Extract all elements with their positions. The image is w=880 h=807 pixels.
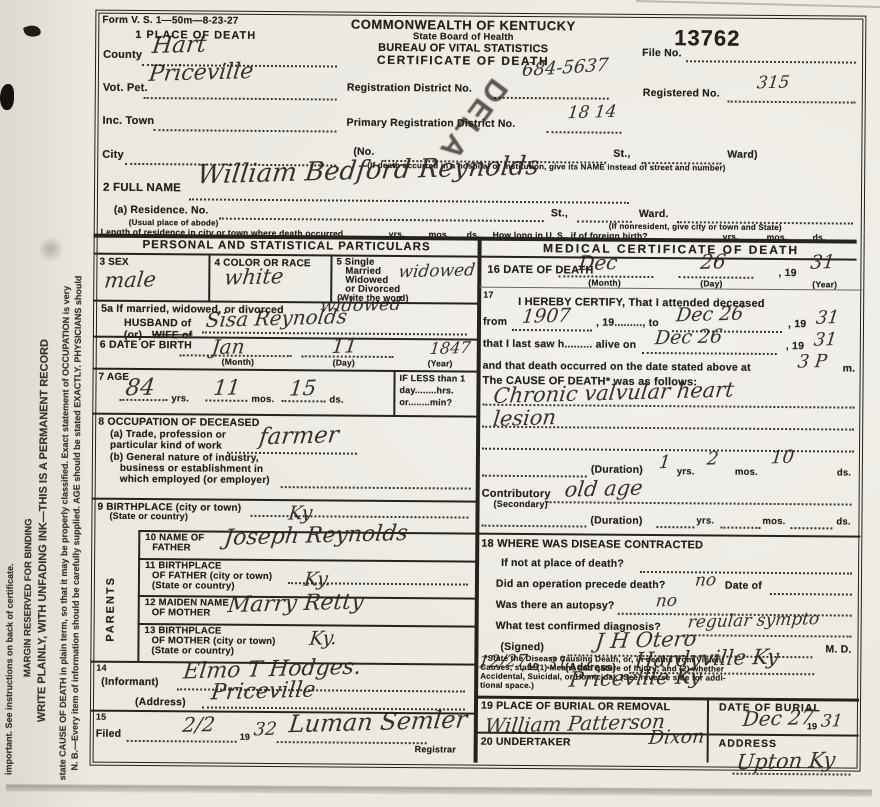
birthplace-value: Ky <box>287 504 313 524</box>
parents-label: PARENTS <box>105 554 117 642</box>
filed-label: Filed <box>96 729 122 741</box>
birthplace-caption: (State or country) <box>109 512 188 523</box>
registrar-signature: Luman Semler <box>288 707 469 736</box>
to-19-label: , 19 <box>788 319 806 331</box>
death-hour-m-label: m. <box>843 364 856 376</box>
day-caption: (Day) <box>333 359 355 369</box>
mother-name-label2: OF MOTHER <box>152 608 211 619</box>
fill-line <box>281 400 325 402</box>
informant-address-label: (Address) <box>135 697 186 709</box>
ds-label: ds. <box>837 468 851 479</box>
month-caption: (Month) <box>222 358 255 368</box>
date-of-death-year: 31 <box>809 253 835 273</box>
undertaker-value: Dixon <box>648 727 706 748</box>
duration-years-value: 1 <box>658 454 671 472</box>
residence-street-label: St., <box>551 208 568 220</box>
street-label: St., <box>613 149 630 161</box>
q17-number: 17 <box>483 291 493 301</box>
mos-label: mos. <box>762 517 785 528</box>
not-place-label: If not at place of death? <box>501 558 624 571</box>
paper-tilt-wrapper: N. B.—Every item of information should b… <box>0 0 880 807</box>
informant-number: 14 <box>96 664 106 674</box>
duration2-label: (Duration) <box>590 516 642 528</box>
mos-label: mos. <box>251 395 274 406</box>
md-label: M. D. <box>825 644 851 656</box>
test-value: regular sympto <box>687 611 820 632</box>
autopsy-value: no <box>655 593 678 611</box>
father-name-value: Joseph Reynolds <box>223 523 409 550</box>
ifless-line2: day........hrs. <box>399 386 453 396</box>
footnote-line4: tional space.) <box>480 682 534 691</box>
scanned-death-certificate: N. B.—Every item of information should b… <box>0 0 880 807</box>
secondary-label: (Secondary) <box>494 500 548 510</box>
burial-date-value: Dec 27 <box>742 707 815 729</box>
filed-date-value: 2/2 <box>182 714 216 735</box>
fill-line <box>656 526 694 528</box>
sex-label: 3 SEX <box>99 257 128 268</box>
scan-artifact-smudge <box>38 235 62 263</box>
mother-birthplace-label3: (State or country) <box>151 646 234 657</box>
age-days-value: 15 <box>288 378 317 400</box>
filed-19-label: 19 <box>240 733 250 743</box>
filed-year-value: 32 <box>253 721 278 740</box>
date-of-label: Date of <box>725 581 762 593</box>
where-contracted-label: 18 WHERE WAS DISEASE CONTRACTED <box>481 538 703 552</box>
death-hour-value: 3 P <box>797 353 828 372</box>
father-birthplace-label3: (State or country) <box>152 581 235 592</box>
year-caption: (Year) <box>428 359 453 369</box>
file-number-label: File No. <box>642 48 682 60</box>
mother-name-value: Marry Retty <box>227 591 365 617</box>
last-saw-year: 31 <box>813 331 838 350</box>
operation-label: Did an operation precede death? <box>496 579 666 592</box>
cell-divider <box>208 256 210 301</box>
date-of-death-day: 26 <box>699 251 727 272</box>
attended-to-year: 31 <box>815 309 840 328</box>
full-name-label: 2 FULL NAME <box>103 182 181 195</box>
attended-from-label: from <box>483 317 507 329</box>
county-value: Hart <box>151 34 208 59</box>
ifless-line1: IF LESS than 1 <box>400 374 466 384</box>
registration-district-label: Registration District No. <box>347 83 472 96</box>
undertaker-label: 20 UNDERTAKER <box>481 737 571 749</box>
inc-town-label: Inc. Town <box>103 115 155 127</box>
death-occurred-label: and that death occurred on the date stat… <box>483 361 751 375</box>
margin-note-nb-line3: important. See instructions on back of c… <box>4 475 15 775</box>
occupation-a2: particular kind of work <box>110 440 222 452</box>
age-label: 7 AGE <box>99 372 130 383</box>
form-number: Form V. S. 1—50m—8-23-27 <box>102 15 238 27</box>
father-name-label2: FATHER <box>152 543 191 554</box>
mos-label: mos. <box>735 468 758 479</box>
informant-address-value: Priceville <box>210 680 317 705</box>
attended-to-value: Dec 26 <box>675 305 744 326</box>
margin-note-nb-line1: N. B.—Every item of information should b… <box>70 115 84 770</box>
fill-line <box>119 399 167 401</box>
undertaker-address-value: Upton Ky <box>735 750 836 774</box>
race-value: white <box>223 266 284 289</box>
footnote-handwriting: Priceville Ky <box>568 666 703 691</box>
duration-days-value: 10 <box>770 449 795 468</box>
county-label: County <box>103 49 142 61</box>
ds-label: ds. <box>836 517 850 528</box>
contributory-value: old age <box>564 478 644 501</box>
cell-divider <box>393 370 395 415</box>
occupation-a1: (a) Trade, profession or <box>110 429 226 441</box>
age-years-value: 84 <box>124 377 156 401</box>
yrs-label: yrs. <box>677 467 695 478</box>
margin-note-binding: MARGIN RESERVED FOR BINDING <box>23 397 35 677</box>
voting-precinct-value: Priceville <box>148 61 255 86</box>
residence-label: (a) Residence. No. <box>114 205 209 217</box>
marital-value: widowed <box>397 262 476 281</box>
occupation-value: farmer <box>258 424 340 449</box>
dod-19-label: , 19 <box>778 268 796 280</box>
residence-ward-label: Ward. <box>639 209 669 221</box>
filed-number: 15 <box>96 713 106 723</box>
ward-label: Ward) <box>727 150 757 162</box>
sex-value: male <box>103 269 157 291</box>
autopsy-label: Was there an autopsy? <box>496 600 615 612</box>
age-months-value: 11 <box>212 377 241 399</box>
duration-label: (Duration) <box>591 465 643 477</box>
attended-from-value: 1907 <box>521 306 571 326</box>
yrs-label: yrs. <box>696 516 714 527</box>
spouse-value: Sisa Reynolds <box>205 306 348 330</box>
registered-number-value: 315 <box>756 74 790 92</box>
occupation-b3: which employed (or employer) <box>120 474 270 486</box>
primary-district-value: 18 14 <box>567 104 618 122</box>
file-number-value: 13762 <box>674 26 740 51</box>
scan-artifact-corner <box>23 23 42 39</box>
fill-line <box>790 527 832 529</box>
city-label: City <box>102 149 124 161</box>
registered-number-label: Registered No. <box>643 88 720 100</box>
mother-birthplace-value: Ky. <box>308 629 337 649</box>
scan-artifact-blob <box>0 84 14 110</box>
last-saw-value: Dec 26 <box>654 327 723 348</box>
burial-year-value: 31 <box>820 713 844 731</box>
burial-19-label: 19 <box>807 722 817 732</box>
operation-value: no <box>694 572 717 590</box>
dob-year-value: 1847 <box>429 340 472 357</box>
dob-day-value: 11 <box>331 335 359 356</box>
ifless-line3: or........min? <box>399 398 452 408</box>
voting-precinct-label: Vot. Pet. <box>103 82 148 94</box>
attended-mid-label: , 19........., to <box>596 318 659 330</box>
yrs-label: yrs. <box>171 394 189 405</box>
registrar-label: Registrar <box>415 745 456 755</box>
duration-months-value: 2 <box>706 450 719 468</box>
fill-line <box>720 527 760 529</box>
last-saw-label: that I last saw h......... alive on <box>483 339 637 352</box>
fill-line <box>732 773 850 776</box>
informant-label: (Informant) <box>101 677 159 689</box>
occupation-label: 8 OCCUPATION OF DECEASED <box>98 417 259 430</box>
dob-label: 6 DATE OF BIRTH <box>100 340 192 352</box>
ds-label: ds. <box>329 395 343 406</box>
fill-line <box>205 400 247 402</box>
father-birthplace-value: Ky. <box>303 570 332 590</box>
date-of-death-month: Dec <box>577 252 618 273</box>
